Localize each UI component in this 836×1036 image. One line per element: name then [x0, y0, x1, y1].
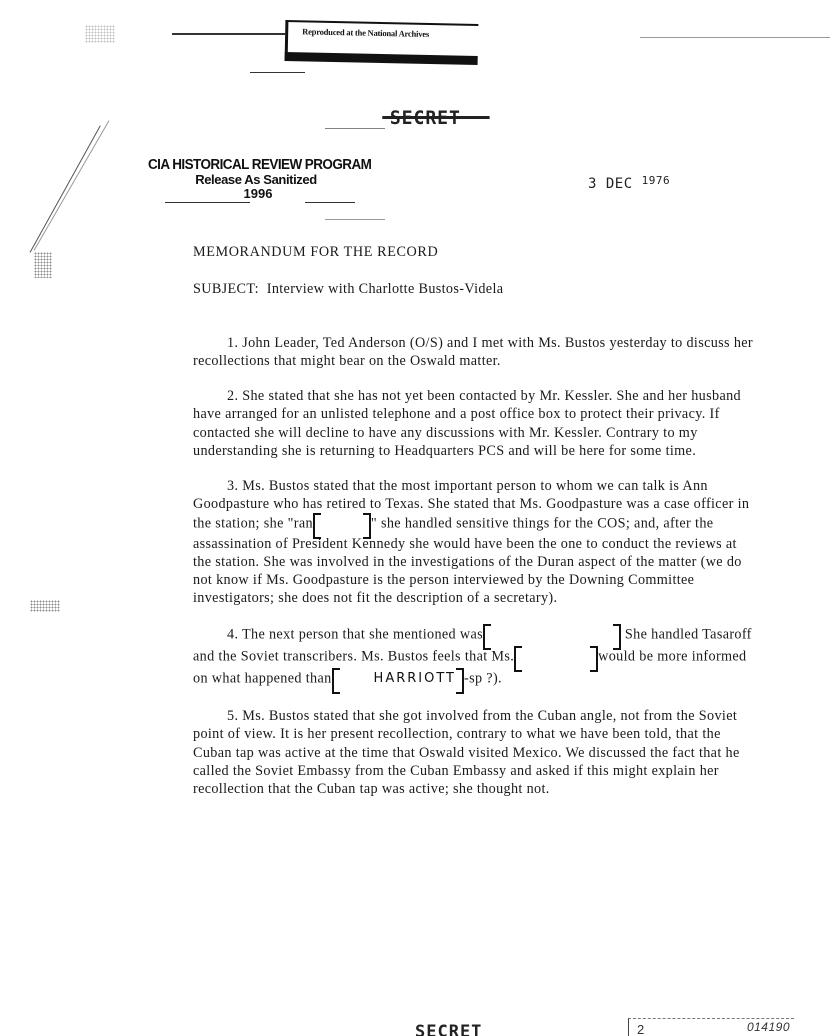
subject-label: SUBJECT: [193, 281, 259, 297]
release-stamp-program: CIA HISTORICAL REVIEW PROGRAM [148, 157, 381, 173]
redaction-box [313, 513, 371, 535]
subject-text: Interview with Charlotte Bustos-Videla [267, 281, 504, 297]
scan-artifact-line [250, 72, 305, 73]
memo-body: MEMORANDUM FOR THE RECORD SUBJECT: Inter… [193, 243, 753, 815]
paragraph-3: 3. Ms. Bustos stated that the most impor… [193, 477, 753, 608]
paragraph-2: 2. She stated that she has not yet been … [193, 387, 753, 459]
paragraph-4: 4. The next person that she mentioned wa… [193, 624, 753, 690]
release-stamp-underline-left [165, 202, 250, 203]
paragraph-4-text-a: 4. The next person that she mentioned wa… [227, 627, 483, 643]
page-number: 2 [637, 1022, 644, 1036]
handwritten-name: HARRIOTT [366, 671, 464, 686]
date-stamp: 3 DEC 1976 [588, 176, 670, 192]
scan-artifact-diagonal-line [30, 125, 101, 252]
scan-artifact-speckle [34, 252, 52, 278]
archives-stamp: Reproduced at the National Archives [285, 20, 479, 65]
paragraph-4-text-d: -sp ?). [464, 671, 502, 687]
redaction-box [483, 624, 621, 646]
date-day-month: 3 DEC [588, 176, 633, 192]
scan-artifact-line [640, 37, 830, 38]
release-stamp: CIA HISTORICAL REVIEW PROGRAM Release As… [148, 157, 398, 201]
scan-artifact-line [325, 219, 385, 220]
release-stamp-status: Release As Sanitized [114, 172, 398, 187]
scan-artifact-diagonal-line [34, 120, 110, 250]
redaction-box [514, 646, 598, 668]
classification-marking-top: SECRET [390, 107, 461, 129]
date-year: 1976 [642, 174, 671, 187]
redaction-box-handwritten: HARRIOTT [332, 668, 464, 690]
classification-marking-bottom: SECRET [415, 1022, 482, 1036]
scan-artifact-speckle [85, 25, 115, 43]
paragraph-5: 5. Ms. Bustos stated that she got involv… [193, 707, 753, 797]
memo-title: MEMORANDUM FOR THE RECORD [193, 243, 753, 261]
release-stamp-year: 1996 [118, 186, 398, 201]
page-marker: 2 014190 [628, 1018, 794, 1036]
scan-artifact-line [172, 33, 287, 35]
memo-subject: SUBJECT: Interview with Charlotte Bustos… [193, 280, 753, 298]
scan-artifact-line [325, 128, 385, 129]
document-code: 014190 [747, 1020, 790, 1034]
paragraph-1: 1. John Leader, Ted Anderson (O/S) and I… [193, 334, 753, 370]
archives-stamp-text: Reproduced at the National Archives [302, 26, 429, 39]
release-stamp-underline-right [305, 202, 355, 203]
scan-artifact-speckle [30, 600, 60, 612]
